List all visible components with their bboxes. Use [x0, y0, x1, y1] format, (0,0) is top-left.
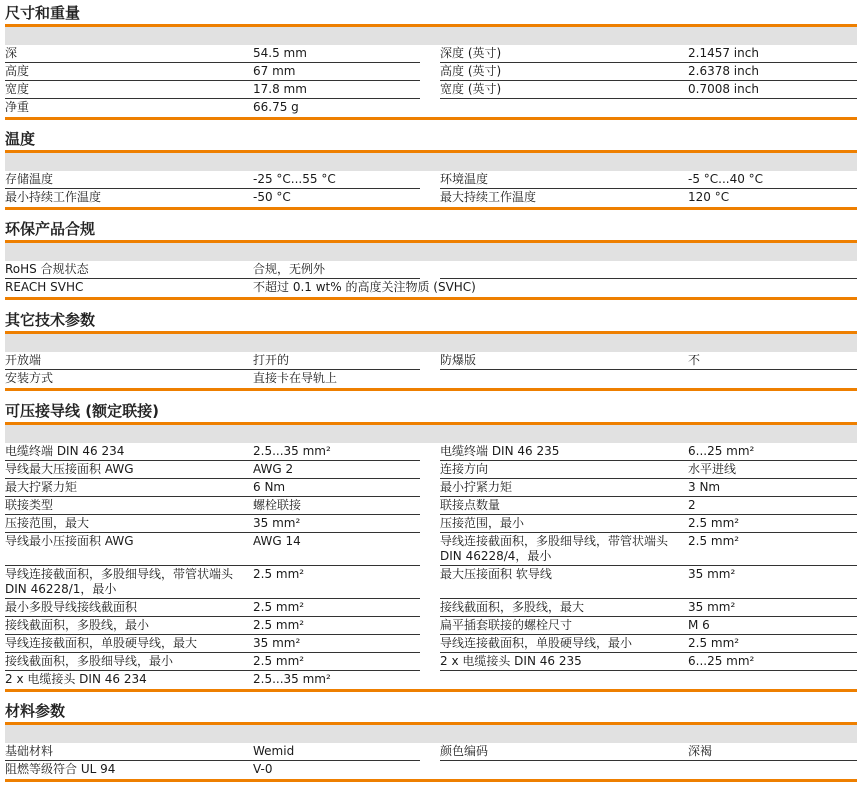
- header-band: [5, 725, 857, 743]
- spec-label: 导线连接截面积，多股细导线，带管状端头 DIN 46228/1，最小: [5, 566, 250, 597]
- section-dimensions-weight: 尺寸和重量 深54.5 mm 高度67 mm 宽度17.8 mm 净重66.75…: [5, 2, 857, 45]
- spec-row: 最小多股导线接线截面积2.5 mm²: [5, 599, 420, 617]
- spec-label: 高度: [5, 63, 250, 79]
- spec-row: 扁平插套联接的螺栓尺寸M 6: [440, 617, 857, 635]
- spec-row: RoHS 合规状态合规，无例外: [5, 261, 420, 279]
- spec-value: 66.75 g: [253, 99, 299, 116]
- section-title: 尺寸和重量: [5, 2, 857, 24]
- spec-value: 17.8 mm: [253, 81, 307, 98]
- spec-label: 导线连接截面积，单股硬导线，最小: [440, 635, 685, 651]
- header-band: [5, 153, 857, 171]
- spec-label: 最小多股导线接线截面积: [5, 599, 250, 615]
- spec-row: 导线连接截面积，单股硬导线，最小2.5 mm²: [440, 635, 857, 653]
- divider: [5, 689, 857, 692]
- section-title: 可压接导线 (额定联接): [5, 400, 857, 422]
- divider: [440, 278, 857, 279]
- spec-label: 导线连接截面积，多股细导线，带管状端头 DIN 46228/4，最小: [440, 533, 685, 564]
- spec-value: 0.7008 inch: [688, 81, 759, 98]
- spec-label: 宽度 (英寸): [440, 81, 685, 97]
- spec-value: 2.5 mm²: [253, 566, 304, 583]
- spec-value: 水平进线: [688, 461, 736, 478]
- spec-label: 导线连接截面积，单股硬导线，最大: [5, 635, 250, 651]
- spec-row: 导线最大压接面积 AWGAWG 2: [5, 461, 420, 479]
- spec-row: 环境温度-5 °C...40 °C: [440, 171, 857, 189]
- spec-label: 导线最小压接面积 AWG: [5, 533, 250, 549]
- spec-row: 接线截面积，多股线，最小2.5 mm²: [5, 617, 420, 635]
- section-other-technical: 其它技术参数 开放端打开的 安装方式直接卡在导轨上 防爆版不: [5, 309, 857, 352]
- spec-value: 不: [688, 352, 700, 369]
- spec-label: 最大压接面积 软导线: [440, 566, 685, 582]
- spec-row: 基础材料Wemid: [5, 743, 420, 761]
- spec-row: 净重66.75 g: [5, 99, 420, 116]
- spec-label: 最大持续工作温度: [440, 189, 685, 205]
- spec-label: 2 x 电缆接头 DIN 46 234: [5, 671, 250, 687]
- spec-label: 最小持续工作温度: [5, 189, 250, 205]
- spec-row: 2 x 电缆接头 DIN 46 2356...25 mm²: [440, 653, 857, 671]
- spec-value: 6...25 mm²: [688, 653, 754, 670]
- spec-value: 2.5 mm²: [688, 635, 739, 652]
- spec-value: 2.5 mm²: [688, 515, 739, 532]
- spec-label: 接线截面积，多股细导线，最小: [5, 653, 250, 669]
- spec-row: REACH SVHC不超过 0.1 wt% 的高度关注物质 (SVHC): [5, 279, 857, 296]
- spec-label: 开放端: [5, 352, 250, 368]
- spec-value: 35 mm²: [253, 635, 300, 652]
- spec-row: 开放端打开的: [5, 352, 420, 370]
- spec-value: 合规，无例外: [253, 261, 325, 278]
- spec-label: 颜色编码: [440, 743, 685, 759]
- spec-row: 导线连接截面积，多股细导线，带管状端头 DIN 46228/1，最小2.5 mm…: [5, 566, 420, 599]
- section-title: 材料参数: [5, 700, 857, 722]
- spec-label: 联接点数量: [440, 497, 685, 513]
- spec-value: 67 mm: [253, 63, 295, 80]
- section-title: 环保产品合规: [5, 218, 857, 240]
- spec-value: 2.6378 inch: [688, 63, 759, 80]
- spec-row: 联接点数量2: [440, 497, 857, 515]
- spec-value: 35 mm²: [688, 566, 735, 583]
- spec-row: 电缆终端 DIN 46 2356...25 mm²: [440, 443, 857, 461]
- spec-row: 宽度17.8 mm: [5, 81, 420, 99]
- spec-row: 宽度 (英寸)0.7008 inch: [440, 81, 857, 99]
- spec-row: 安装方式直接卡在导轨上: [5, 370, 420, 387]
- spec-row: 高度67 mm: [5, 63, 420, 81]
- spec-label: 防爆版: [440, 352, 685, 368]
- spec-value: 深褐: [688, 743, 712, 760]
- spec-value: 2.5 mm²: [253, 617, 304, 634]
- spec-label: 安装方式: [5, 370, 250, 386]
- spec-value: 3 Nm: [688, 479, 720, 496]
- spec-label: RoHS 合规状态: [5, 261, 250, 277]
- section-title: 其它技术参数: [5, 309, 857, 331]
- spec-label: 压接范围，最小: [440, 515, 685, 531]
- spec-value: AWG 14: [253, 533, 301, 550]
- spec-row: 最小持续工作温度-50 °C: [5, 189, 420, 206]
- divider: [5, 117, 857, 120]
- spec-value: 35 mm²: [253, 515, 300, 532]
- section-temperature: 温度 存储温度-25 °C...55 °C 最小持续工作温度-50 °C 环境温…: [5, 128, 857, 171]
- spec-label: 电缆终端 DIN 46 234: [5, 443, 250, 459]
- spec-label: 阻燃等级符合 UL 94: [5, 761, 250, 777]
- spec-value: Wemid: [253, 743, 294, 760]
- header-band: [5, 334, 857, 352]
- spec-row: 联接类型螺栓联接: [5, 497, 420, 515]
- section-title: 温度: [5, 128, 857, 150]
- divider: [5, 388, 857, 391]
- divider: [5, 207, 857, 210]
- header-band: [5, 27, 857, 45]
- divider: [5, 779, 857, 782]
- spec-label: 2 x 电缆接头 DIN 46 235: [440, 653, 685, 669]
- spec-row: 压接范围，最大35 mm²: [5, 515, 420, 533]
- spec-value: 54.5 mm: [253, 45, 307, 62]
- spec-value: 2.5 mm²: [253, 653, 304, 670]
- spec-row: 电缆终端 DIN 46 2342.5...35 mm²: [5, 443, 420, 461]
- spec-value: M 6: [688, 617, 710, 634]
- spec-row: 防爆版不: [440, 352, 857, 370]
- spec-label: 深度 (英寸): [440, 45, 685, 61]
- spec-label: 电缆终端 DIN 46 235: [440, 443, 685, 459]
- spec-row: 高度 (英寸)2.6378 inch: [440, 63, 857, 81]
- header-band: [5, 243, 857, 261]
- spec-value: 6...25 mm²: [688, 443, 754, 460]
- spec-row: 存储温度-25 °C...55 °C: [5, 171, 420, 189]
- section-material: 材料参数 基础材料Wemid 阻燃等级符合 UL 94V-0 颜色编码深褐: [5, 700, 857, 743]
- spec-label: 最小拧紧力矩: [440, 479, 685, 495]
- spec-value: -50 °C: [253, 189, 291, 206]
- spec-row: 连接方向水平进线: [440, 461, 857, 479]
- spec-label: 环境温度: [440, 171, 685, 187]
- section-clampable-conductors: 可压接导线 (额定联接) 电缆终端 DIN 46 2342.5...35 mm²…: [5, 400, 857, 443]
- spec-label: 存储温度: [5, 171, 250, 187]
- spec-row: 深度 (英寸)2.1457 inch: [440, 45, 857, 63]
- spec-label: 连接方向: [440, 461, 685, 477]
- spec-value: 2.1457 inch: [688, 45, 759, 62]
- spec-row: 接线截面积，多股线，最大35 mm²: [440, 599, 857, 617]
- spec-label: 基础材料: [5, 743, 250, 759]
- divider: [5, 297, 857, 300]
- spec-value: 直接卡在导轨上: [253, 370, 337, 387]
- spec-row: 最大压接面积 软导线35 mm²: [440, 566, 857, 599]
- spec-row: 2 x 电缆接头 DIN 46 2342.5...35 mm²: [5, 671, 420, 688]
- spec-label: 净重: [5, 99, 250, 115]
- spec-label: 扁平插套联接的螺栓尺寸: [440, 617, 685, 633]
- spec-value: 2.5...35 mm²: [253, 671, 331, 688]
- spec-row: 最小拧紧力矩3 Nm: [440, 479, 857, 497]
- spec-row: 导线最小压接面积 AWGAWG 14: [5, 533, 420, 566]
- spec-label: 最大拧紧力矩: [5, 479, 250, 495]
- spec-value: 螺栓联接: [253, 497, 301, 514]
- spec-row: 最大拧紧力矩6 Nm: [5, 479, 420, 497]
- spec-row: 颜色编码深褐: [440, 743, 857, 761]
- spec-label: 接线截面积，多股线，最小: [5, 617, 250, 633]
- spec-label: 导线最大压接面积 AWG: [5, 461, 250, 477]
- spec-row: 阻燃等级符合 UL 94V-0: [5, 761, 420, 778]
- spec-row: 深54.5 mm: [5, 45, 420, 63]
- spec-label: REACH SVHC: [5, 279, 250, 295]
- spec-value: 35 mm²: [688, 599, 735, 616]
- spec-row: 压接范围，最小2.5 mm²: [440, 515, 857, 533]
- spec-value: 打开的: [253, 352, 289, 369]
- spec-label: 高度 (英寸): [440, 63, 685, 79]
- spec-label: 联接类型: [5, 497, 250, 513]
- spec-value: 2.5 mm²: [688, 533, 739, 550]
- spec-label: 压接范围，最大: [5, 515, 250, 531]
- spec-value: 2.5 mm²: [253, 599, 304, 616]
- spec-value: -25 °C...55 °C: [253, 171, 336, 188]
- spec-value: 不超过 0.1 wt% 的高度关注物质 (SVHC): [253, 279, 476, 296]
- spec-row: 导线连接截面积，单股硬导线，最大35 mm²: [5, 635, 420, 653]
- spec-value: 2.5...35 mm²: [253, 443, 331, 460]
- spec-value: -5 °C...40 °C: [688, 171, 763, 188]
- header-band: [5, 425, 857, 443]
- section-environmental-compliance: 环保产品合规 RoHS 合规状态合规，无例外 REACH SVHC不超过 0.1…: [5, 218, 857, 261]
- spec-value: 2: [688, 497, 696, 514]
- spec-label: 深: [5, 45, 250, 61]
- spec-value: AWG 2: [253, 461, 293, 478]
- spec-value: 6 Nm: [253, 479, 285, 496]
- spec-value: 120 °C: [688, 189, 729, 206]
- spec-label: 宽度: [5, 81, 250, 97]
- spec-row: 接线截面积，多股细导线，最小2.5 mm²: [5, 653, 420, 671]
- spec-row: 导线连接截面积，多股细导线，带管状端头 DIN 46228/4，最小2.5 mm…: [440, 533, 857, 566]
- spec-row: 最大持续工作温度120 °C: [440, 189, 857, 206]
- spec-value: V-0: [253, 761, 272, 778]
- spec-label: 接线截面积，多股线，最大: [440, 599, 685, 615]
